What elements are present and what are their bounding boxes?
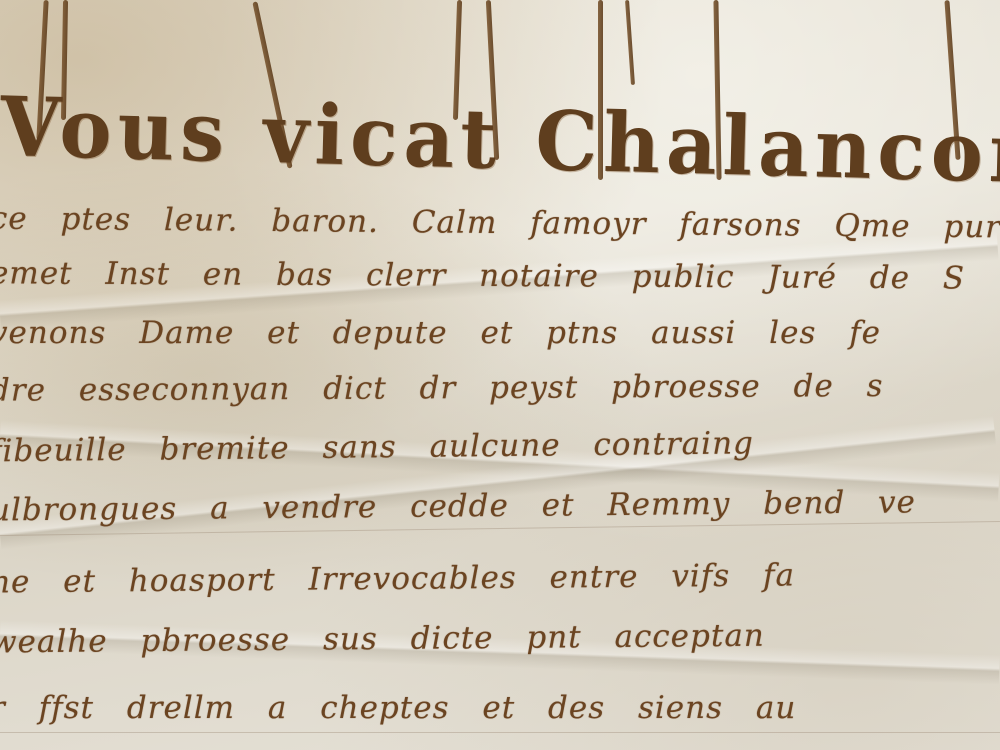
manuscript-line: emet Inst en bas clerr notaire public Ju… xyxy=(0,255,1000,296)
manuscript-line: dre esseconnyan dict dr peyst pbroesse d… xyxy=(0,367,1000,408)
manuscript-line: venons Dame et depute et ptns aussi les … xyxy=(0,315,1000,351)
manuscript-heading: Vous vicat Chalancon l. xyxy=(0,79,1000,210)
manuscript-line: ce ptes leur. baron. Calm famoyr farsons… xyxy=(0,201,1000,246)
manuscript-line: ulbrongues a vendre cedde et Remmy bend … xyxy=(0,484,1000,529)
manuscript-line: ne et hoasport Irrevocables entre vifs f… xyxy=(0,556,1000,601)
ruling-line xyxy=(0,732,1000,733)
manuscript-line: r ffst drellm a cheptes et des siens au xyxy=(0,690,1000,726)
ascender-stroke xyxy=(625,0,635,85)
